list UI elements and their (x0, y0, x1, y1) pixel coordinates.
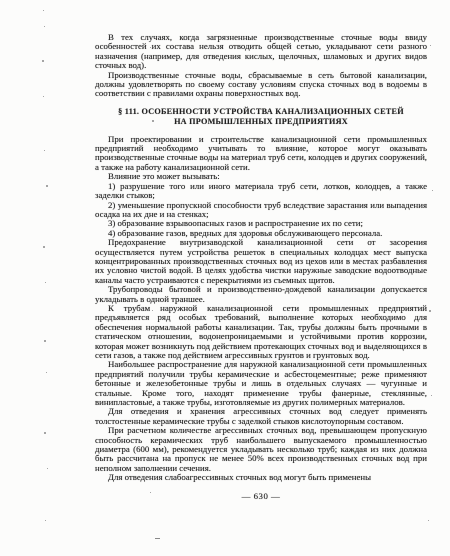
paragraph-design-flow-600mm: При расчетном количестве агрессивных сто… (95, 426, 427, 473)
scan-speck (43, 10, 44, 11)
scan-speck (43, 246, 45, 248)
scan-speck (432, 190, 433, 191)
scanned-book-page: В тех случаях, когда загрязненные произв… (0, 0, 450, 556)
scan-speck (44, 150, 45, 151)
scan-speck (428, 520, 429, 521)
scan-speck (46, 372, 47, 373)
scan-speck (155, 538, 160, 539)
scan-speck (44, 340, 46, 342)
scan-speck (47, 468, 48, 469)
paragraph-pipes-same-trench: Трубопроводы бытовой и производственно-д… (95, 285, 427, 304)
scan-speck (45, 282, 46, 283)
page-text-column: В тех случаях, когда загрязненные произв… (95, 33, 427, 501)
scan-speck (44, 432, 46, 434)
scan-speck (431, 395, 432, 396)
scan-speck (151, 400, 152, 401)
paragraph-protection-from-clogging: Предохранение внутризаводской канализаци… (95, 238, 427, 285)
scan-speck (42, 60, 44, 62)
intro-paragraph-2: Производственные сточные воды, сбрасывае… (95, 71, 427, 99)
scan-speck (43, 96, 44, 97)
list-item-2: 2) уменьшение пропускной способности тру… (95, 201, 427, 220)
paragraph-pipe-materials: Наибольшее распространение для наружной … (95, 360, 427, 407)
section-heading-line2: НА ПРОМЫШЛЕННЫХ ПРЕДПРИЯТИЯХ (174, 117, 348, 126)
paragraph-aggressive-wastewater-pipes: Для отведения и хранения агрессивных сто… (95, 407, 427, 426)
scan-speck (46, 185, 48, 187)
list-item-1: 1) разрушение того или иного материала т… (95, 182, 427, 201)
scan-speck (430, 45, 431, 46)
section-heading: § 111. ОСОБЕННОСТИ УСТРОЙСТВА КАНАЛИЗАЦИ… (97, 107, 425, 128)
body-paragraph-design-influence: При проектировании и строительстве канал… (95, 135, 427, 173)
scan-speck (150, 492, 151, 493)
scan-speck (44, 26, 45, 27)
paragraph-weakly-aggressive-partial: Для отведения слабоагрессивных сточных в… (95, 473, 427, 482)
scan-speck (152, 310, 153, 311)
paragraph-pipe-requirements: К трубам наружной канализационной сети п… (95, 304, 427, 360)
scan-speck (45, 520, 46, 521)
section-heading-line1: § 111. ОСОБЕННОСТИ УСТРОЙСТВА КАНАЛИЗАЦИ… (118, 107, 404, 116)
scan-speck (152, 120, 154, 122)
scan-speck (429, 310, 431, 312)
intro-paragraph-1: В тех случаях, когда загрязненные произв… (95, 33, 427, 71)
scan-speck (150, 47, 151, 48)
scan-speck (150, 215, 151, 216)
page-number: — 630 — (95, 492, 427, 501)
